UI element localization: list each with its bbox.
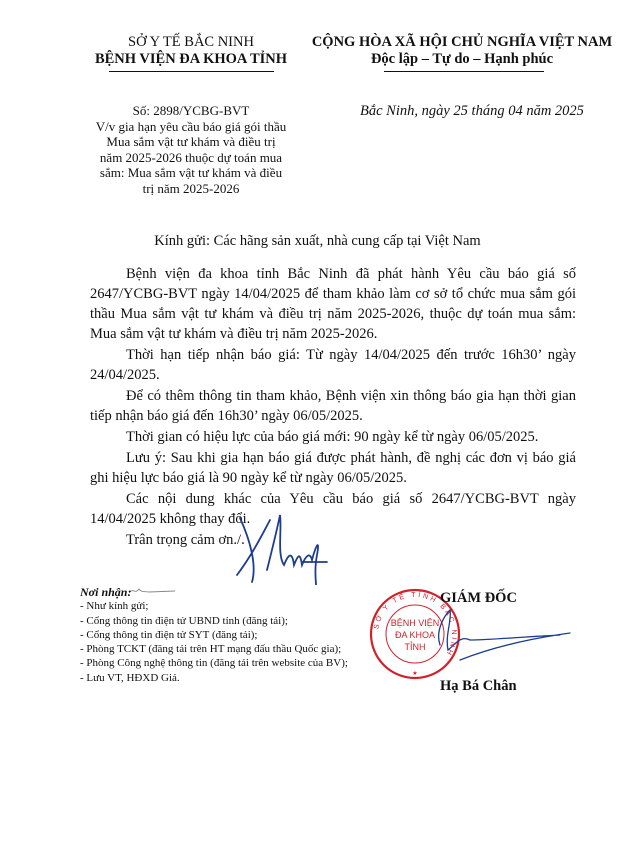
signature-scribble xyxy=(232,510,332,585)
header-divider xyxy=(109,71,274,72)
recipient-item: - Cổng thông tin điện tử SYT (đăng tải); xyxy=(80,628,348,642)
nation-name: CỘNG HÒA XÃ HỘI CHỦ NGHĨA VIỆT NAM xyxy=(302,34,622,51)
subject-line: V/v gia hạn yêu cầu báo giá gói thầu xyxy=(60,119,322,135)
national-motto: Độc lập – Tự do – Hạnh phúc xyxy=(302,51,622,68)
reference-number: Số: 2898/YCBG-BVT xyxy=(60,103,322,119)
national-header: CỘNG HÒA XÃ HỘI CHỦ NGHĨA VIỆT NAM Độc l… xyxy=(302,34,622,72)
document-date: Bắc Ninh, ngày 25 tháng 04 năm 2025 xyxy=(360,103,584,120)
recipient-item: - Như kính gửi; xyxy=(80,599,348,613)
motto-divider xyxy=(384,71,544,72)
subject-line: Mua sắm vật tư khám và điều trị xyxy=(60,134,322,150)
subject-line: sắm: Mua sắm vật tư khám và điều xyxy=(60,165,322,181)
stamp-line: ĐA KHOA xyxy=(395,630,435,640)
body-paragraph: Lưu ý: Sau khi gia hạn báo giá được phát… xyxy=(90,448,576,488)
stamp-line: TỈNH xyxy=(405,641,426,652)
signer-name: Hạ Bá Chân xyxy=(440,678,517,695)
body-paragraph: Thời gian có hiệu lực của báo giá mới: 9… xyxy=(90,427,576,447)
body-paragraph: Các nội dung khác của Yêu cầu báo giá số… xyxy=(90,489,576,529)
reference-block: Số: 2898/YCBG-BVT V/v gia hạn yêu cầu bá… xyxy=(60,103,322,196)
ministry-name: SỞ Y TẾ BẮC NINH xyxy=(60,34,322,51)
subject-line: năm 2025-2026 thuộc dự toán mua xyxy=(60,150,322,166)
recipient-item: - Phòng Công nghệ thông tin (đăng tải tr… xyxy=(80,656,348,670)
recipient-item: - Lưu VT, HĐXD Giá. xyxy=(80,671,348,685)
closing-line: Trân trọng cảm ơn./. xyxy=(90,530,576,550)
recipients-block: Nơi nhận: - Như kính gửi; - Cổng thông t… xyxy=(80,585,348,685)
body-paragraph: Bệnh viện đa khoa tỉnh Bắc Ninh đã phát … xyxy=(90,264,576,344)
svg-text:★: ★ xyxy=(412,670,417,677)
issuer-header: SỞ Y TẾ BẮC NINH BỆNH VIỆN ĐA KHOA TỈNH xyxy=(60,34,322,72)
letter-body: Bệnh viện đa khoa tỉnh Bắc Ninh đã phát … xyxy=(90,264,576,551)
recipient-item: - Cổng thông tin điện tử UBND tỉnh (đăng… xyxy=(80,614,348,628)
subject-line: trị năm 2025-2026 xyxy=(60,181,322,197)
addressee: Kính gửi: Các hãng sản xuất, nhà cung cấ… xyxy=(60,233,575,250)
director-signature xyxy=(430,605,580,665)
body-paragraph: Thời hạn tiếp nhận báo giá: Từ ngày 14/0… xyxy=(90,345,576,385)
recipient-item: - Phòng TCKT (đăng tải trên HT mạng đấu … xyxy=(80,642,348,656)
body-paragraph: Để có thêm thông tin tham khảo, Bệnh việ… xyxy=(90,386,576,426)
organization-name: BỆNH VIỆN ĐA KHOA TỈNH xyxy=(60,51,322,68)
recipients-title: Nơi nhận: xyxy=(80,585,348,599)
